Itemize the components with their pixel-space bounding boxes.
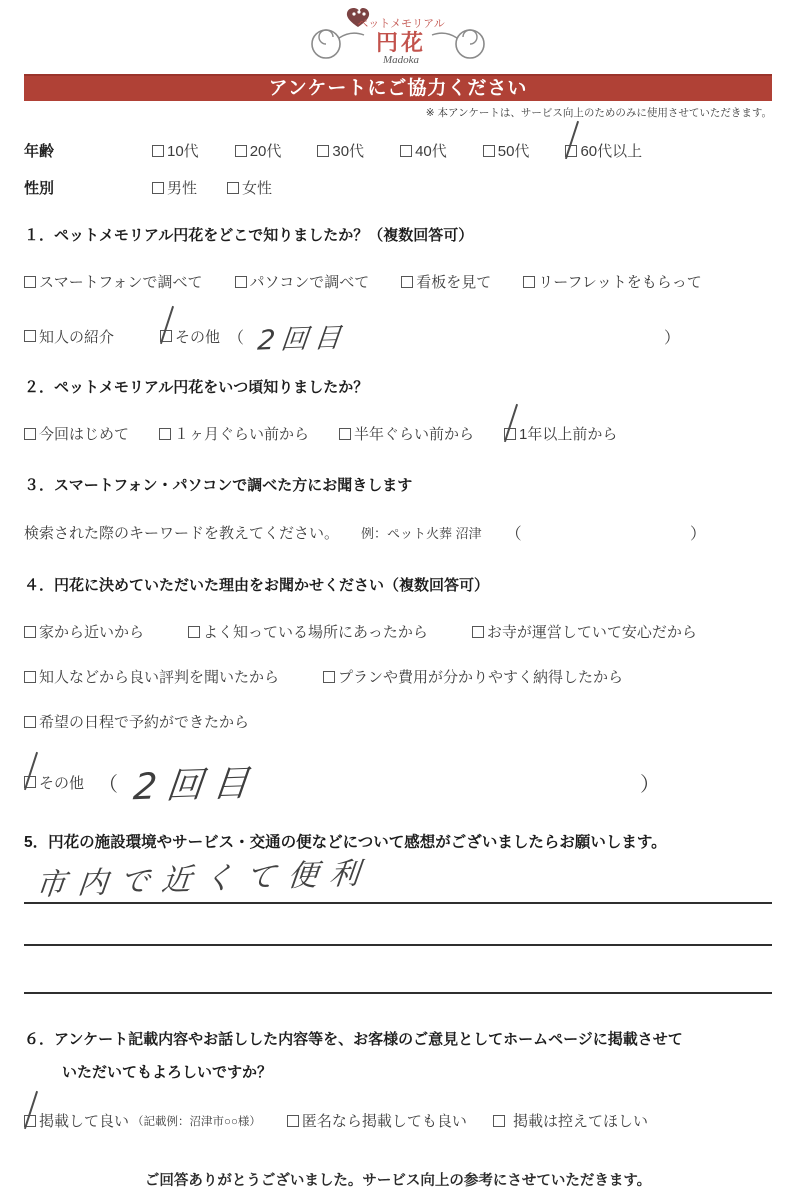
q6-option-label: 掲載は控えてほしい xyxy=(513,1110,648,1131)
checkbox-q2-one-month[interactable] xyxy=(159,428,171,440)
age-option-label: 40代 xyxy=(415,140,447,161)
q3-keyword-row: 検索された際のキーワードを教えてください。 例：ペット火葬 沼津 （ ） xyxy=(24,521,772,544)
q2-option-row: 今回はじめて １ヶ月ぐらい前から 半年ぐらい前から 1年以上前から xyxy=(24,423,772,444)
checkbox-q4-known-place[interactable] xyxy=(188,626,200,638)
handwritten-check-icon xyxy=(504,403,518,442)
checkbox-male[interactable] xyxy=(152,182,164,194)
survey-title: アンケートにご協力ください xyxy=(269,78,528,99)
q4-option-row-1: 家から近いから よく知っている場所にあったから お寺が運営していて安心だから xyxy=(24,621,772,642)
q1-other-close-paren: ） xyxy=(664,325,680,348)
q6-option-label: 匿名なら掲載しても良い xyxy=(302,1110,467,1131)
q1-option-label: スマートフォンで調べて xyxy=(39,271,203,292)
q5-title: 5．円花の施設環境やサービス・交通の便などについて感想がございましたらお願いしま… xyxy=(24,830,772,852)
q6-option-do-not-publish[interactable]: 掲載は控えてほしい xyxy=(493,1110,648,1131)
checkbox-q1-signboard[interactable] xyxy=(401,276,413,288)
age-option-label: 60代以上 xyxy=(580,140,642,161)
checkbox-q1-other[interactable] xyxy=(160,330,172,342)
q3-close-paren: ） xyxy=(690,521,706,544)
q1-option-label: リーフレットをもらって xyxy=(538,271,702,292)
checkbox-age-40s[interactable] xyxy=(400,145,412,157)
q6-title-line-1: ６．アンケート記載内容やお話しした内容等を、お客様のご意見としてホームページに掲… xyxy=(24,1028,772,1049)
q1-option-leaflet[interactable]: リーフレットをもらって xyxy=(523,271,702,292)
gender-option-label: 女性 xyxy=(242,177,272,198)
checkbox-q6-anonymous-ok[interactable] xyxy=(287,1115,299,1127)
right-swirl-ornament xyxy=(432,30,484,58)
q4-other-row: その他 （ 2回目 ） xyxy=(24,758,772,806)
purpose-note: ※ 本アンケートは、サービス向上のためのみに使用させていただきます。 xyxy=(24,105,772,120)
checkbox-q4-other[interactable] xyxy=(24,776,36,788)
gender-option-female[interactable]: 女性 xyxy=(227,177,272,198)
q2-option-label: 半年ぐらい前から xyxy=(354,423,474,444)
q1-option-label: 知人の紹介 xyxy=(39,326,114,347)
q3-prompt: 検索された際のキーワードを教えてください。 xyxy=(24,522,339,543)
survey-form-page: ペットメモリアル 円花 Madoka アンケートにご協力ください ※ 本アンケー… xyxy=(0,0,796,1204)
age-row: 年齢 10代 20代 30代 40代 50代 60代以上 xyxy=(24,140,772,161)
q4-option-label: お寺が運営していて安心だから xyxy=(487,621,697,642)
q4-option-known-place[interactable]: よく知っている場所にあったから xyxy=(188,621,428,642)
q2-option-half-year[interactable]: 半年ぐらい前から xyxy=(339,423,474,444)
brand-logo: ペットメモリアル 円花 Madoka xyxy=(24,0,772,66)
handwritten-check-icon xyxy=(565,120,579,159)
q4-option-label: その他 xyxy=(39,772,84,793)
handwritten-check-icon xyxy=(24,1090,38,1129)
brand-logo-graphic: ペットメモリアル 円花 Madoka xyxy=(298,2,498,66)
checkbox-q4-near-home[interactable] xyxy=(24,626,36,638)
q4-other-close-paren: ） xyxy=(640,768,660,797)
checkbox-q1-pc[interactable] xyxy=(235,276,247,288)
q2-option-label: １ヶ月ぐらい前から xyxy=(174,423,309,444)
q3-open-paren: （ xyxy=(506,521,522,544)
gender-row: 性別 男性 女性 xyxy=(24,177,772,198)
checkbox-q6-do-not-publish[interactable] xyxy=(493,1115,505,1127)
q4-option-preferred-schedule[interactable]: 希望の日程で予約ができたから xyxy=(24,711,249,732)
q4-option-clear-pricing[interactable]: プランや費用が分かりやすく納得したから xyxy=(323,666,623,687)
checkbox-q4-temple-run[interactable] xyxy=(472,626,484,638)
checkbox-q4-good-reputation[interactable] xyxy=(24,671,36,683)
q6-option-example-note: （記載例：沼津市○○様） xyxy=(132,1113,261,1129)
q4-option-good-reputation[interactable]: 知人などから良い評判を聞いたから xyxy=(24,666,279,687)
age-option-20s[interactable]: 20代 xyxy=(235,140,282,161)
handwritten-check-icon xyxy=(160,306,174,345)
q6-option-row: 掲載して良い （記載例：沼津市○○様） 匿名なら掲載しても良い 掲載は控えてほし… xyxy=(24,1110,772,1131)
age-option-60s-plus[interactable]: 60代以上 xyxy=(565,140,642,161)
q1-option-pc[interactable]: パソコンで調べて xyxy=(235,271,370,292)
q4-option-other[interactable]: その他 xyxy=(24,772,84,793)
checkbox-age-60s-plus[interactable] xyxy=(565,145,577,157)
checkbox-q1-smartphone[interactable] xyxy=(24,276,36,288)
q4-other-handwritten-answer: 2回目 xyxy=(131,754,261,810)
q4-title: ４．円花に決めていただいた理由をお聞かせください（複数回答可） xyxy=(24,574,772,595)
checkbox-q6-ok-to-publish[interactable] xyxy=(24,1115,36,1127)
handwritten-check-icon xyxy=(24,752,38,791)
q3-title: ３．スマートフォン・パソコンで調べた方にお聞きします xyxy=(24,474,772,495)
q2-title: ２．ペットメモリアル円花をいつ頃知りましたか？ xyxy=(24,376,772,397)
q1-option-signboard[interactable]: 看板を見て xyxy=(401,271,491,292)
checkbox-female[interactable] xyxy=(227,182,239,194)
checkbox-age-50s[interactable] xyxy=(483,145,495,157)
q4-option-label: よく知っている場所にあったから xyxy=(203,621,428,642)
q1-other-handwritten-answer: 2回目 xyxy=(256,315,349,357)
age-option-label: 10代 xyxy=(167,140,199,161)
q1-other-open-paren: （ xyxy=(228,325,244,348)
q4-option-temple-run[interactable]: お寺が運営していて安心だから xyxy=(472,621,697,642)
q1-option-row-1: スマートフォンで調べて パソコンで調べて 看板を見て リーフレットをもらって xyxy=(24,271,772,292)
checkbox-q2-over-one-year[interactable] xyxy=(504,428,516,440)
q1-option-label: その他 xyxy=(175,326,220,347)
q4-option-row-2: 知人などから良い評判を聞いたから プランや費用が分かりやすく納得したから xyxy=(24,666,772,687)
age-option-10s[interactable]: 10代 xyxy=(152,140,199,161)
checkbox-q1-referral[interactable] xyxy=(24,330,36,342)
q6-title-line-2: いただいてもよろしいですか？ xyxy=(24,1061,772,1082)
q2-option-one-month[interactable]: １ヶ月ぐらい前から xyxy=(159,423,309,444)
brand-top-text: ペットメモリアル xyxy=(357,18,444,30)
survey-title-banner: アンケートにご協力ください xyxy=(24,74,772,101)
checkbox-q4-clear-pricing[interactable] xyxy=(323,671,335,683)
q2-option-first-time[interactable]: 今回はじめて xyxy=(24,423,129,444)
q5-answer-line-2[interactable] xyxy=(24,904,772,946)
q4-option-label: 希望の日程で予約ができたから xyxy=(39,711,249,732)
q2-option-label: 1年以上前から xyxy=(519,423,617,444)
left-swirl-ornament xyxy=(312,30,364,58)
q5-answer-line-3[interactable] xyxy=(24,946,772,994)
q6-option-anonymous-ok[interactable]: 匿名なら掲載しても良い xyxy=(287,1110,467,1131)
q2-option-label: 今回はじめて xyxy=(39,423,129,444)
q1-option-smartphone[interactable]: スマートフォンで調べて xyxy=(24,271,203,292)
checkbox-q1-leaflet[interactable] xyxy=(523,276,535,288)
age-option-30s[interactable]: 30代 xyxy=(317,140,364,161)
q4-option-label: 知人などから良い評判を聞いたから xyxy=(39,666,279,687)
q4-option-label: プランや費用が分かりやすく納得したから xyxy=(338,666,623,687)
q1-option-other[interactable]: その他 xyxy=(160,326,220,347)
age-option-label: 20代 xyxy=(250,140,282,161)
q4-option-label: 家から近いから xyxy=(39,621,144,642)
gender-label: 性別 xyxy=(24,177,152,198)
q4-option-row-3: 希望の日程で予約ができたから xyxy=(24,711,772,732)
checkbox-age-30s[interactable] xyxy=(317,145,329,157)
age-label: 年齢 xyxy=(24,140,152,161)
age-option-label: 30代 xyxy=(332,140,364,161)
closing-thanks-message: ご回答ありがとうございました。サービス向上の参考にさせていただきます。 xyxy=(24,1169,772,1190)
q4-other-open-paren: （ xyxy=(98,768,118,797)
gender-option-label: 男性 xyxy=(167,177,197,198)
q1-title: １．ペットメモリアル円花をどこで知りましたか？（複数回答可） xyxy=(24,224,772,245)
q1-option-referral[interactable]: 知人の紹介 xyxy=(24,326,114,347)
brand-main-text: 円花 xyxy=(376,30,426,55)
gender-option-male[interactable]: 男性 xyxy=(152,177,197,198)
q4-option-near-home[interactable]: 家から近いから xyxy=(24,621,144,642)
q1-option-row-2: 知人の紹介 その他 （ 2回目 ） xyxy=(24,316,772,356)
q2-option-over-one-year[interactable]: 1年以上前から xyxy=(504,423,617,444)
q6-option-label: 掲載して良い xyxy=(39,1110,129,1131)
q3-example: 例：ペット火葬 沼津 xyxy=(361,523,482,542)
age-option-40s[interactable]: 40代 xyxy=(400,140,447,161)
q1-option-label: パソコンで調べて xyxy=(250,271,370,292)
age-option-label: 50代 xyxy=(498,140,530,161)
q6-option-ok-to-publish[interactable]: 掲載して良い （記載例：沼津市○○様） xyxy=(24,1110,261,1131)
q1-option-label: 看板を見て xyxy=(416,271,491,292)
checkbox-q2-first-time[interactable] xyxy=(24,428,36,440)
checkbox-q4-preferred-schedule[interactable] xyxy=(24,716,36,728)
q5-answer-area[interactable]: 市内で近くて便利 xyxy=(24,860,772,994)
checkbox-age-20s[interactable] xyxy=(235,145,247,157)
checkbox-age-10s[interactable] xyxy=(152,145,164,157)
age-option-50s[interactable]: 50代 xyxy=(483,140,530,161)
brand-script-text: Madoka xyxy=(382,54,420,66)
checkbox-q2-half-year[interactable] xyxy=(339,428,351,440)
